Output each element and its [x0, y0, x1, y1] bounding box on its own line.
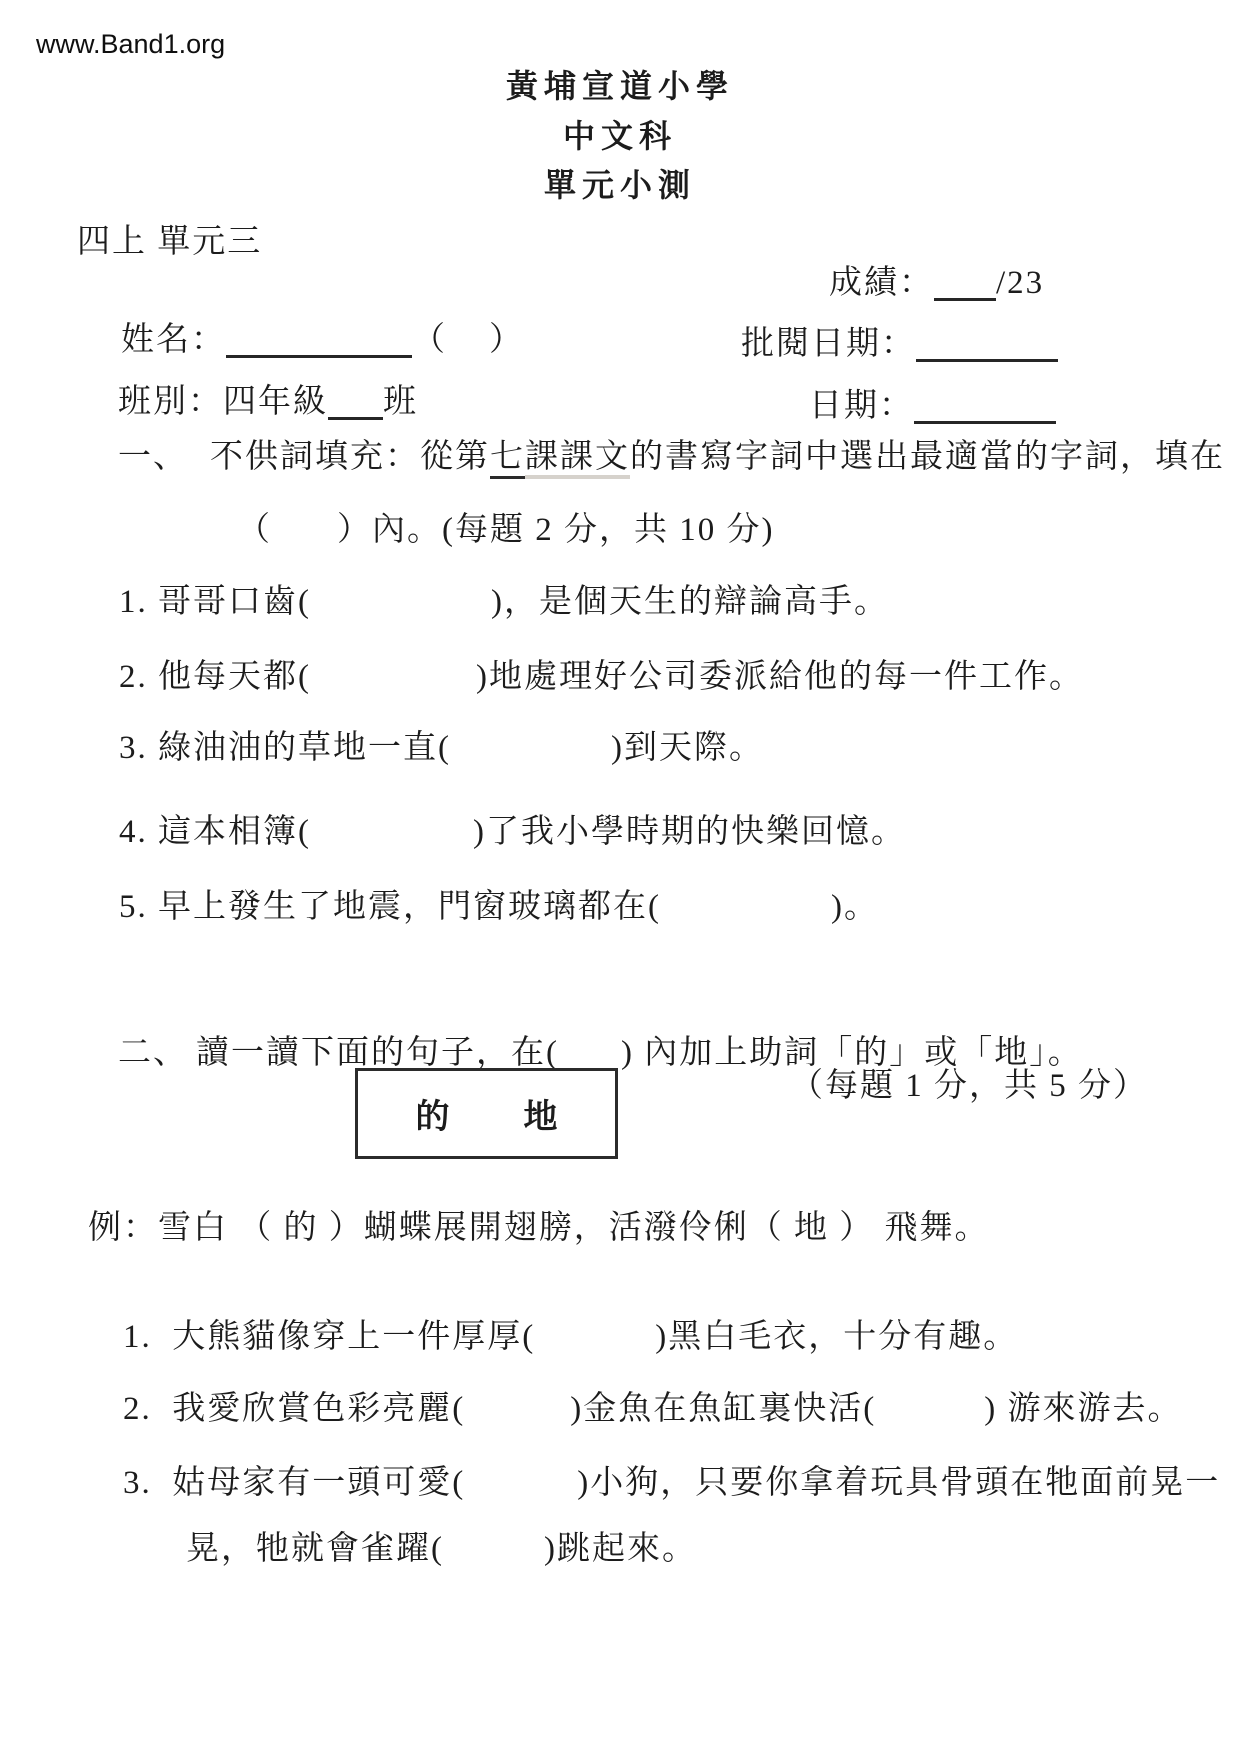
- test-type: 單元小測: [0, 165, 1240, 205]
- question-text: )。: [831, 889, 879, 925]
- example-line: 例：雪白 （ 的 ）蝴蝶展開翅膀，活潑伶俐（ 地 ） 飛舞。: [88, 1208, 990, 1249]
- watermark: www.Band1.org: [36, 28, 225, 62]
- subject-name: 中文科: [0, 116, 1240, 156]
- question-text: )跳起來。: [544, 1531, 697, 1567]
- helper-word-box: 的 地: [355, 1068, 618, 1159]
- word-di: 地: [524, 1089, 558, 1138]
- question-text: )了我小學時期的快樂回憶。: [473, 814, 906, 850]
- question-text: 1. 哥哥口齒(: [119, 584, 311, 620]
- section2-marks: （每題 1 分，共 5 分）: [790, 1066, 1148, 1107]
- name-paren-close: ）: [489, 322, 524, 358]
- section2-number: 二、: [118, 1035, 188, 1071]
- question-text: 晃，牠就會雀躍(: [186, 1531, 444, 1567]
- question-text: 4. 這本相簿(: [119, 814, 311, 850]
- question-text: )到天際。: [611, 730, 764, 766]
- question-text: 3. 綠油油的草地一直(: [119, 730, 451, 766]
- school-name: 黃埔宣道小學: [0, 66, 1240, 106]
- s2-question-3-continuation: 晃，牠就會雀躍()跳起來。: [145, 1488, 697, 1612]
- section1-number: 一、: [118, 439, 188, 475]
- scanned-test-paper: www.Band1.org 黃埔宣道小學 中文科 單元小測 四上 單元三 成績：…: [0, 0, 1240, 1754]
- unit-label: 四上 單元三: [77, 222, 262, 263]
- s1-question-5: 5. 早上發生了地震，門窗玻璃都在()。: [78, 846, 879, 970]
- question-text: )，是個天生的辯論高手。: [491, 584, 889, 620]
- question-text: 5. 早上發生了地震，門窗玻璃都在(: [119, 889, 661, 925]
- word-de: 的: [416, 1089, 450, 1138]
- section2-title-pre: 讀一讀下面的句子，在(: [196, 1035, 559, 1071]
